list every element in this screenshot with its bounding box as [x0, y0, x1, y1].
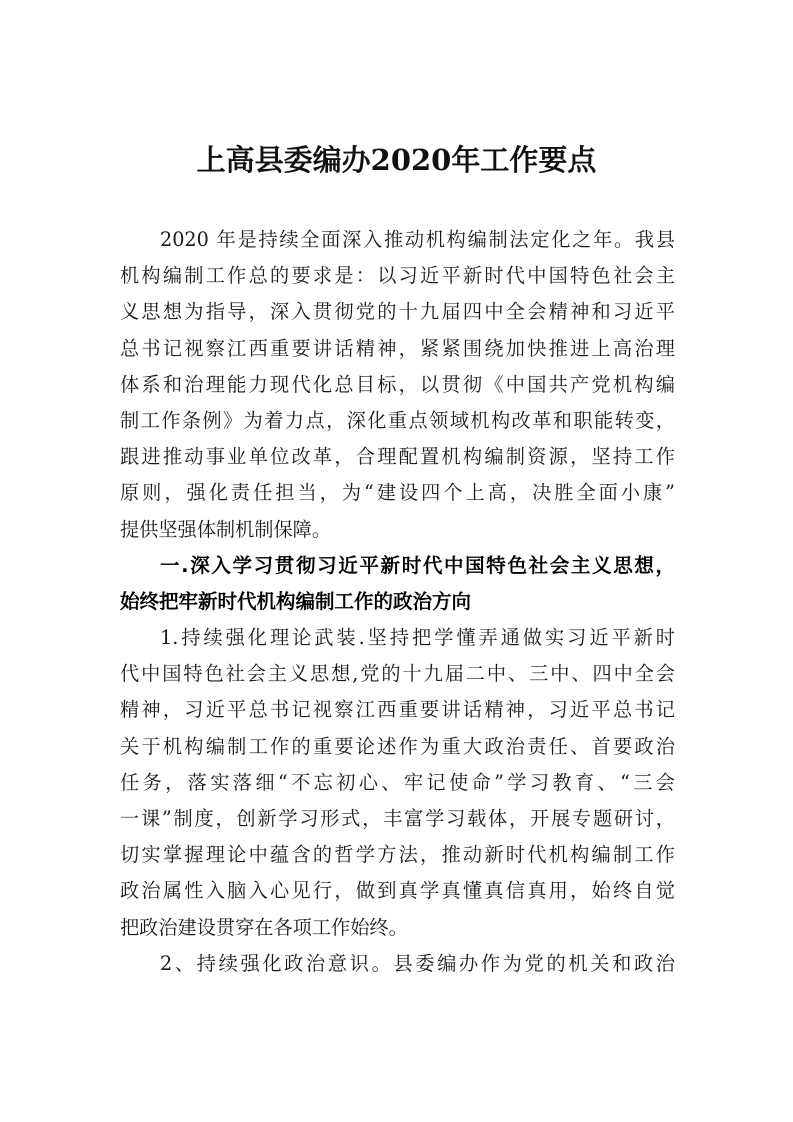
intro-line: 原则，强化责任担当，为“建设四个上高，决胜全面小康”: [120, 475, 675, 511]
intro-line: 机构编制工作总的要求是：以习近平新时代中国特色社会主: [120, 258, 675, 294]
section-heading-line: 一.深入学习贯彻习近平新时代中国特色社会主义思想，: [120, 548, 675, 584]
item1-line: 政治属性入脑入心见行，做到真学真懂真信真用，始终自觉: [120, 873, 675, 909]
item1-line: 把政治建设贯穿在各项工作始终。: [120, 910, 675, 946]
item1-line: 关于机构编制工作的重要论述作为重大政治责任、首要政治: [120, 729, 675, 765]
item1-line: 一课”制度，创新学习形式，丰富学习载体，开展专题研讨，: [120, 801, 675, 837]
item1-line: 代中国特色社会主义思想,党的十九届二中、三中、四中全会: [120, 656, 675, 692]
item2-line: 2、持续强化政治意识。县委编办作为党的机关和政治: [120, 946, 675, 982]
document-title: 上高县委编办2020年工作要点: [0, 138, 793, 179]
item1-line: 1.持续强化理论武装.坚持把学懂弄通做实习近平新时: [120, 620, 675, 656]
intro-line: 2020 年是持续全面深入推动机构编制法定化之年。我县: [120, 222, 675, 258]
intro-line: 制工作条例》为着力点，深化重点领域机构改革和职能转变，: [120, 403, 675, 439]
document-page: 上高县委编办2020年工作要点 2020 年是持续全面深入推动机构编制法定化之年…: [0, 0, 793, 1122]
intro-line: 提供坚强体制机制保障。: [120, 512, 675, 548]
intro-line: 义思想为指导，深入贯彻党的十九届四中全会精神和习近平: [120, 294, 675, 330]
intro-line: 体系和治理能力现代化总目标，以贯彻《中国共产党机构编: [120, 367, 675, 403]
item1-line: 精神，习近平总书记视察江西重要讲话精神，习近平总书记: [120, 692, 675, 728]
section-heading-line: 始终把牢新时代机构编制工作的政治方向: [120, 584, 675, 620]
item1-line: 切实掌握理论中蕴含的哲学方法，推动新时代机构编制工作: [120, 837, 675, 873]
item1-line: 任务，落实落细“不忘初心、牢记使命”学习教育、“三会: [120, 765, 675, 801]
intro-line: 跟进推动事业单位改革，合理配置机构编制资源，坚持工作: [120, 439, 675, 475]
document-body: 2020 年是持续全面深入推动机构编制法定化之年。我县 机构编制工作总的要求是：…: [120, 222, 675, 982]
intro-line: 总书记视察江西重要讲话精神，紧紧围绕加快推进上高治理: [120, 331, 675, 367]
